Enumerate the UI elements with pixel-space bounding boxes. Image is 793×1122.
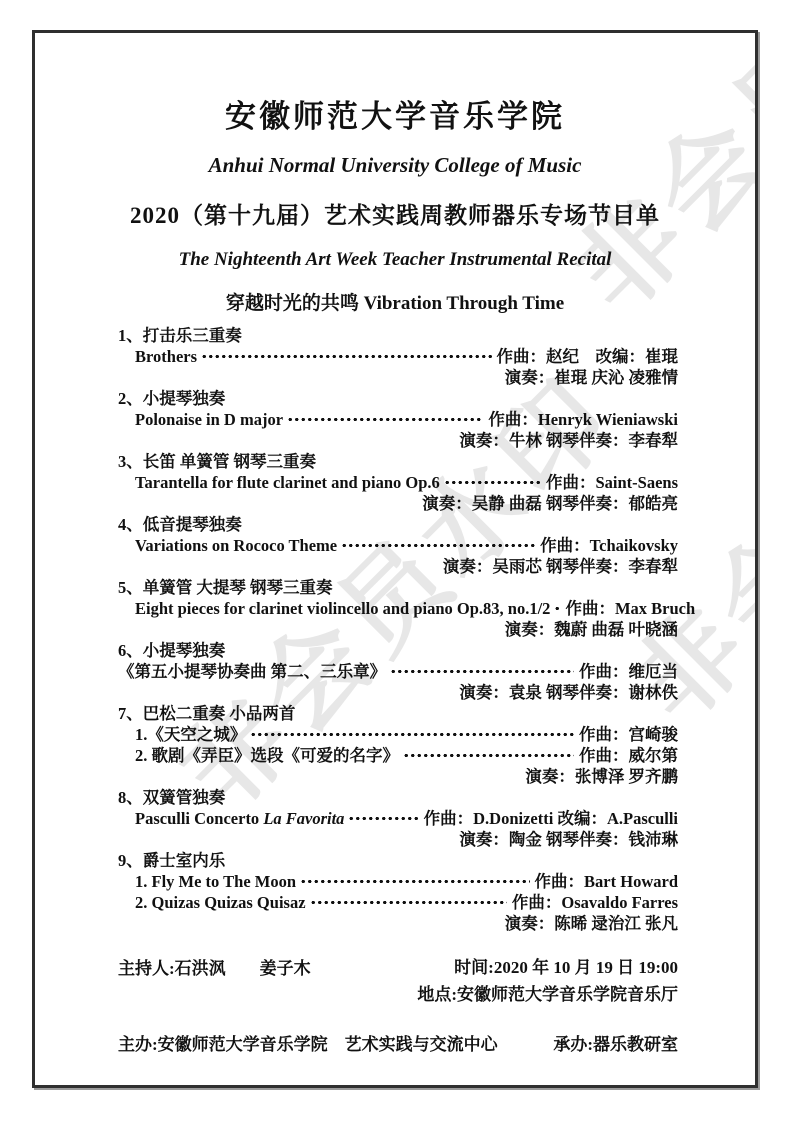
title-chinese: 安徽师范大学音乐学院 xyxy=(35,91,755,136)
program-page: 非会员水印 非会员水印 非会员水印 安徽师范大学音乐学院 Anhui Norma… xyxy=(32,30,758,1088)
composer-credit: 作曲：维厄当 xyxy=(579,661,678,682)
item-category: 低音提琴独奏 xyxy=(143,515,242,534)
title-english: Anhui Normal University College of Music xyxy=(35,153,755,178)
composer-credit: 作曲：Saint-Saens xyxy=(546,472,678,493)
composer-credit: 作曲：赵纪 改编：崔琨 xyxy=(497,346,679,367)
item-number: 6、 xyxy=(118,641,143,660)
piece-title: Variations on Rococo Theme xyxy=(135,535,337,556)
piece-title: 1. Fly Me to The Moon xyxy=(135,871,296,892)
composer-credit: 作曲：威尔第 xyxy=(579,745,678,766)
dot-leader xyxy=(201,354,491,359)
performers-line: 演奏：崔琨 庆沁 凌雅情 xyxy=(118,367,678,388)
performers-line: 演奏：陶金 钢琴伴奏：钱沛琳 xyxy=(118,829,678,850)
item-number: 3、 xyxy=(118,452,143,471)
piece-title: 《第五小提琴协奏曲 第二、三乐章》 xyxy=(118,661,386,682)
item-number: 9、 xyxy=(118,851,143,870)
dot-leader xyxy=(403,753,574,758)
theme-line: 穿越时光的共鸣 Vibration Through Time xyxy=(35,288,755,315)
performers-line: 演奏：牛林 钢琴伴奏：李春犁 xyxy=(118,430,678,451)
host-line: 主持人:石洪沨 姜子木 xyxy=(118,954,311,979)
subtitle-chinese: 2020（第十九届）艺术实践周教师器乐专场节目单 xyxy=(35,197,755,230)
performers-line: 演奏：张博泽 罗齐鹏 xyxy=(118,766,678,787)
item-number: 2、 xyxy=(118,389,143,408)
program-item: 6、小提琴独奏 《第五小提琴协奏曲 第二、三乐章》 作曲：维厄当 演奏：袁泉 钢… xyxy=(118,640,678,703)
item-category: 巴松二重奏 小品两首 xyxy=(143,704,296,723)
piece-title: 1.《天空之城》 xyxy=(135,724,246,745)
dot-leader xyxy=(348,816,418,821)
time-line: 时间:2020 年 10 月 19 日 19:00 xyxy=(417,954,678,981)
item-category: 爵士室内乐 xyxy=(143,851,226,870)
item-category: 小提琴独奏 xyxy=(143,389,226,408)
item-category: 双簧管独奏 xyxy=(143,788,226,807)
program-item: 5、单簧管 大提琴 钢琴三重奏 Eight pieces for clarine… xyxy=(118,577,678,640)
performers-line: 演奏：陈晞 逯治江 张凡 xyxy=(118,913,678,934)
piece-title: 2. 歌剧《弄臣》选段《可爱的名字》 xyxy=(135,745,399,766)
composer-credit: 作曲：Osavaldo Farres xyxy=(512,892,678,913)
item-category: 小提琴独奏 xyxy=(143,641,226,660)
performers-line: 演奏：袁泉 钢琴伴奏：谢林佚 xyxy=(118,682,678,703)
item-number: 4、 xyxy=(118,515,143,534)
composer-credit: 作曲：宫崎骏 xyxy=(579,724,678,745)
performers-line: 演奏：吴静 曲磊 钢琴伴奏：郁皓亮 xyxy=(118,493,678,514)
item-number: 7、 xyxy=(118,704,143,723)
undertaker-line: 承办:器乐教研室 xyxy=(553,1030,678,1055)
composer-credit: 作曲：Max Bruch xyxy=(565,598,695,619)
piece-title: Polonaise in D major xyxy=(135,409,283,430)
dot-leader xyxy=(554,606,560,611)
composer-credit: 作曲：Tchaikovsky xyxy=(540,535,678,556)
program-item: 1、打击乐三重奏 Brothers 作曲：赵纪 改编：崔琨 演奏：崔琨 庆沁 凌… xyxy=(118,325,678,388)
item-category: 单簧管 大提琴 钢琴三重奏 xyxy=(143,578,333,597)
program-item: 4、低音提琴独奏 Variations on Rococo Theme 作曲：T… xyxy=(118,514,678,577)
item-number: 8、 xyxy=(118,788,143,807)
performers-line: 演奏：吴雨芯 钢琴伴奏：李春犁 xyxy=(118,556,678,577)
program-list: 1、打击乐三重奏 Brothers 作曲：赵纪 改编：崔琨 演奏：崔琨 庆沁 凌… xyxy=(35,325,755,934)
program-item: 7、巴松二重奏 小品两首 1.《天空之城》 作曲：宫崎骏 2. 歌剧《弄臣》选段… xyxy=(118,703,678,787)
subtitle-english: The Nighteenth Art Week Teacher Instrume… xyxy=(35,249,755,271)
piece-title: Eight pieces for clarinet violincello an… xyxy=(135,598,550,619)
piece-title: Brothers xyxy=(135,346,197,367)
dot-leader xyxy=(250,732,574,737)
item-category: 打击乐三重奏 xyxy=(143,326,242,345)
piece-title: 2. Quizas Quizas Quisaz xyxy=(135,892,306,913)
program-item: 8、双簧管独奏 Pasculli Concerto La Favorita 作曲… xyxy=(118,787,678,850)
composer-credit: 作曲：Bart Howard xyxy=(535,871,678,892)
item-number: 1、 xyxy=(118,326,143,345)
dot-leader xyxy=(444,480,541,485)
dot-leader xyxy=(341,543,535,548)
program-item: 3、长笛 单簧管 钢琴三重奏 Tarantella for flute clar… xyxy=(118,451,678,514)
program-item: 2、小提琴独奏 Polonaise in D major 作曲：Henryk W… xyxy=(118,388,678,451)
performers-line: 演奏：魏蔚 曲磊 叶晓涵 xyxy=(118,619,678,640)
piece-title: Tarantella for flute clarinet and piano … xyxy=(135,472,440,493)
composer-credit: 作曲：D.Donizetti 改编：A.Pasculli xyxy=(424,808,678,829)
dot-leader xyxy=(390,669,574,674)
venue-line: 地点:安徽师范大学音乐学院音乐厅 xyxy=(417,981,678,1008)
piece-title: Pasculli Concerto La Favorita xyxy=(135,808,344,829)
piece-title-italic: La Favorita xyxy=(263,809,344,828)
dot-leader xyxy=(300,879,530,884)
document-footer: 主持人:石洪沨 姜子木 时间:2020 年 10 月 19 日 19:00 地点… xyxy=(35,954,755,1055)
document-header: 安徽师范大学音乐学院 Anhui Normal University Colle… xyxy=(35,91,755,315)
dot-leader xyxy=(310,900,507,905)
composer-credit: 作曲：Henryk Wieniawski xyxy=(488,409,678,430)
organizer-line: 主办:安徽师范大学音乐学院 艺术实践与交流中心 xyxy=(118,1030,498,1055)
item-number: 5、 xyxy=(118,578,143,597)
item-category: 长笛 单簧管 钢琴三重奏 xyxy=(143,452,316,471)
dot-leader xyxy=(287,417,483,422)
program-item: 9、爵士室内乐 1. Fly Me to The Moon 作曲：Bart Ho… xyxy=(118,850,678,934)
